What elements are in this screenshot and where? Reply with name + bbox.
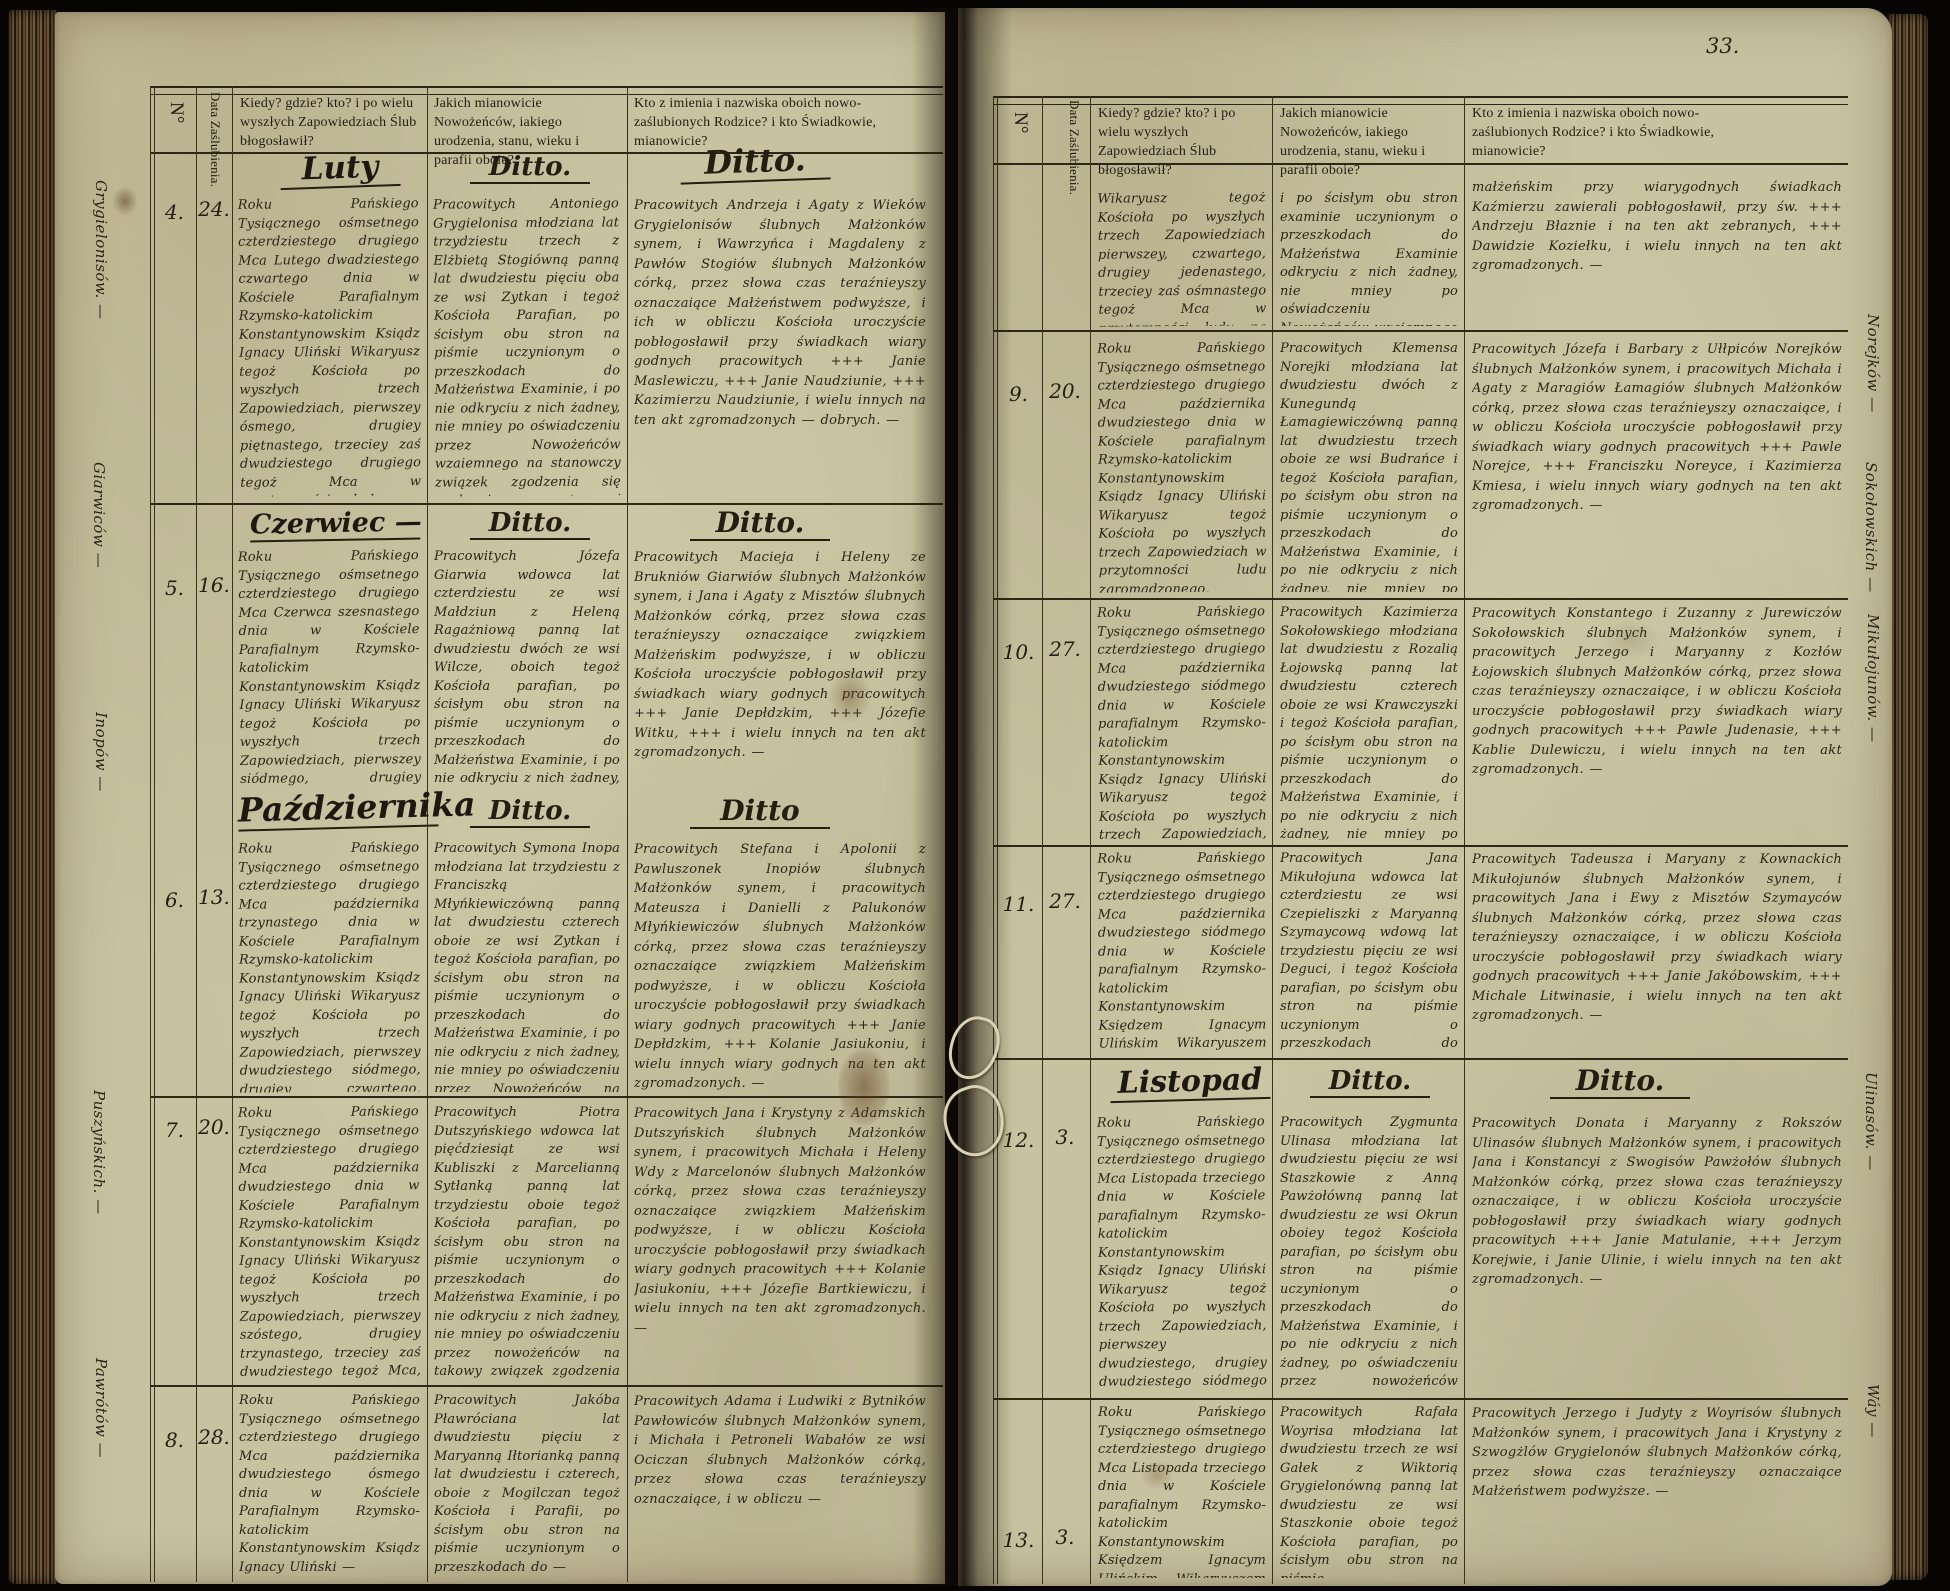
entry-officiant-text: Roku Pańskiego Tysiącznego ośmsetnego cz… — [1097, 849, 1266, 1052]
ditto-mark: Ditto. — [1550, 1064, 1690, 1099]
month-header: Luty — [279, 148, 400, 190]
entry-number: 10. — [995, 640, 1042, 664]
margin-family-name: Sokołowskich — — [1862, 462, 1880, 593]
entry-date: 28. — [194, 1425, 234, 1449]
entry-date: 3. — [1042, 1525, 1088, 1549]
column-rule — [196, 86, 197, 1582]
col-header-newlyweds: Jakich mianowicie Nowożeńców, iakiego ur… — [1280, 104, 1458, 180]
entry-parents-witnesses-text: Pracowitych Stefana i Apolonii z Pawlusz… — [634, 840, 926, 1092]
entry-parents-witnesses-text: Pracowitych Donata i Maryanny z Rokszów … — [1472, 1114, 1842, 1394]
entry-newlyweds-text: Pracowitych Klemensa Norejki młodziana l… — [1280, 340, 1458, 592]
entry-newlyweds-text: Pracowitych Antoniego Grygielonisa młodz… — [433, 195, 621, 496]
entry-officiant-text: Roku Pańskiego Tysiącznego ośmsetnego cz… — [1097, 603, 1267, 840]
table-border — [997, 96, 998, 1584]
margin-family-name: Wáy — — [1864, 1384, 1882, 1438]
col-header-date: Data Zaślubienia. — [206, 92, 225, 187]
entry-separator — [993, 598, 1848, 600]
entry-officiant-text: Roku Pańskiego Tysiącznego ośmsetnego cz… — [238, 547, 421, 787]
entry-parents-witnesses-text: Pracowitych Jana i Krystyny z Adamskich … — [634, 1104, 926, 1378]
entry-separator — [993, 845, 1848, 847]
margin-family-name: Inopów — — [92, 712, 110, 792]
col-header-when: Kiedy? gdzie? kto? i po wielu wyszłych Z… — [1098, 104, 1266, 180]
page-number: 33. — [1706, 34, 1739, 58]
entry-officiant-text: Roku Pańskiego Tysiącznego ośmsetnego cz… — [238, 839, 421, 1092]
continuation-officiant-text: Wikaryusz tegoż Kościoła po wyszłych trz… — [1097, 189, 1266, 326]
entry-date: 24. — [194, 197, 234, 221]
entry-parents-witnesses-text: Pracowitych Tadeusza i Maryany z Kownack… — [1472, 850, 1842, 1052]
entry-number: 4. — [153, 200, 196, 224]
col-header-number: N° — [167, 102, 186, 124]
entry-parents-witnesses-text: Pracowitych Józefa i Barbary z Ułłpiców … — [1472, 340, 1842, 592]
margin-family-name: Puszyńskich. — — [90, 1090, 108, 1215]
entry-date: 27. — [1042, 889, 1088, 913]
ditto-mark: Ditto — [690, 794, 830, 829]
entry-date: 27. — [1042, 637, 1088, 661]
entry-number: 8. — [153, 1428, 196, 1452]
col-header-when: Kiedy? gdzie? kto? i po wielu wyszłych Z… — [240, 94, 420, 151]
entry-date: 16. — [194, 573, 234, 597]
margin-family-name: Mikułojunów. — — [1864, 614, 1882, 742]
entry-newlyweds-text: Pracowitych Symona Inopa młodziana lat t… — [434, 840, 620, 1092]
entry-officiant-text: Roku Pańskiego Tysiącznego ośmsetnego cz… — [238, 195, 422, 497]
ditto-mark: Ditto. — [470, 796, 590, 828]
margin-family-name: Grygielonisów. — — [92, 180, 110, 320]
entry-newlyweds-text: Pracowitych Jakóba Pławróciana lat dwudz… — [434, 1392, 620, 1578]
entry-date: 20. — [194, 1115, 234, 1139]
entry-newlyweds-text: Pracowitych Rafała Woyrisa młodziana lat… — [1280, 1404, 1458, 1578]
ditto-mark: Ditto. — [690, 506, 830, 541]
column-rule — [1272, 96, 1273, 1584]
column-rule — [627, 86, 628, 1582]
fore-edge-right — [1888, 14, 1928, 1580]
entry-newlyweds-text: Pracowitych Zygmunta Ulinasa młodziana l… — [1280, 1114, 1458, 1394]
col-header-number: N° — [1011, 112, 1030, 134]
table-border — [150, 86, 151, 1582]
col-header-date: Data Zaślubienia. — [1065, 100, 1084, 195]
entry-officiant-text: Roku Pańskiego Tysiącznego ośmsetnego cz… — [239, 1392, 420, 1578]
table-border — [154, 86, 155, 1582]
entry-officiant-text: Roku Pańskiego Tysiącznego ośmsetnego cz… — [1097, 1113, 1267, 1394]
entry-number: 6. — [153, 888, 196, 912]
entry-number: 13. — [995, 1528, 1042, 1552]
column-rule — [1090, 96, 1091, 1584]
entry-separator — [993, 330, 1848, 332]
entry-separator — [150, 1385, 943, 1387]
entry-officiant-text: Roku Pańskiego Tysiącznego ośmsetnego cz… — [1097, 339, 1267, 592]
column-rule — [1464, 96, 1465, 1584]
ditto-mark: Ditto. — [1310, 1066, 1430, 1098]
month-header: Października — [237, 785, 438, 831]
entry-separator — [150, 503, 943, 505]
fore-edge-left — [8, 10, 58, 1584]
entry-separator — [993, 1058, 1848, 1060]
table-border — [993, 96, 994, 1584]
entry-parents-witnesses-text: Pracowitych Macieja i Heleny ze Brukniów… — [634, 548, 926, 786]
continuation-parents-witnesses-text: małżeńskim przy wiarygodnych świadkach K… — [1472, 178, 1842, 326]
entry-parents-witnesses-text: Pracowitych Jerzego i Judyty z Woyrisów … — [1472, 1404, 1842, 1578]
entry-newlyweds-text: Pracowitych Jana Mikułojuna wdowca lat c… — [1280, 850, 1458, 1052]
column-rule — [232, 86, 233, 1582]
entry-date: 13. — [194, 885, 234, 909]
margin-family-name: Giarwiców — — [90, 462, 108, 568]
margin-family-name: Ulinasów. — — [1862, 1072, 1880, 1171]
entry-officiant-text: Roku Pańskiego Tysiącznego ośmsetnego cz… — [1098, 1404, 1266, 1578]
entry-number: 9. — [995, 382, 1042, 406]
entry-separator — [150, 1096, 943, 1098]
column-rule — [427, 86, 428, 1582]
entry-date: 3. — [1042, 1125, 1088, 1149]
ditto-mark: Ditto. — [470, 508, 590, 540]
margin-family-name: Norejków — — [1864, 314, 1882, 413]
entry-newlyweds-text: Pracowitych Piotra Dutszyńskiego wdowca … — [434, 1104, 620, 1378]
entry-parents-witnesses-text: Pracowitych Adama i Ludwiki z Bytników P… — [634, 1392, 926, 1578]
entry-parents-witnesses-text: Pracowitych Andrzeja i Agaty z Wieków Gr… — [634, 196, 926, 496]
entry-parents-witnesses-text: Pracowitych Konstantego i Zuzanny z Jure… — [1472, 604, 1842, 840]
entry-newlyweds-text: Pracowitych Kazimierza Sokołowskiego mło… — [1280, 604, 1458, 840]
entry-newlyweds-text: Pracowitych Józefa Giarwia wdowca lat cz… — [434, 548, 620, 786]
entry-separator — [993, 1398, 1848, 1400]
col-header-parents-witnesses: Kto z imienia i nazwiska oboich nowo-zaś… — [1472, 104, 1732, 161]
month-header: Listopad — [1110, 1062, 1271, 1103]
entry-number: 11. — [995, 892, 1042, 916]
entry-date: 20. — [1042, 379, 1088, 403]
month-header: Czerwiec — — [250, 507, 421, 543]
entry-number: 5. — [153, 576, 196, 600]
margin-family-name: Pawrótów — — [92, 1358, 110, 1458]
ditto-mark: Ditto. — [679, 139, 830, 184]
entry-officiant-text: Roku Pańskiego Tysiącznego ośmsetnego cz… — [238, 1103, 421, 1379]
column-rule — [1042, 96, 1043, 1584]
continuation-newlyweds-text: i po ścisłym obu stron examinie uczynion… — [1280, 190, 1458, 326]
entry-number: 7. — [153, 1118, 196, 1142]
ditto-mark: Ditto. — [470, 152, 590, 184]
